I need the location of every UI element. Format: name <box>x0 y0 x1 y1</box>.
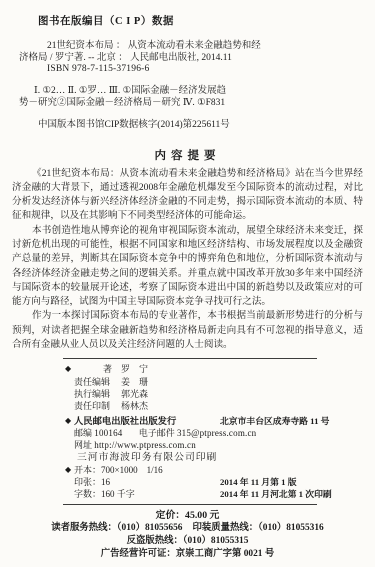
publisher-row: ◆人民邮电出版社出版发行 北京市丰台区成寿寺路 11 号 <box>65 415 375 427</box>
diamond-bullet-icon: ◆ <box>65 464 74 476</box>
impression-date: 2014 年 11 月河北第 1 次印刷 <box>220 488 332 500</box>
website-label: 网址 <box>74 440 92 450</box>
quality-hotline: 印装质量热线：（010）81055316 <box>193 523 324 533</box>
cip-entry: 21世纪资本布局 ： 从资本流动看未来金融趋势和经 济格局 / 罗宁著. -- … <box>19 41 375 76</box>
author-name: 罗 宁 <box>121 364 148 374</box>
colophon: ◆著罗 宁 责任编辑姜 珊 执行编辑郭光森 责任印制杨林杰 ◆人民邮电出版社出版… <box>65 363 375 500</box>
credit-value: 郭光森 <box>121 389 148 399</box>
cip-entry-line-1: 21世纪资本布局 ： 从资本流动看未来金融趋势和经 <box>19 41 375 53</box>
summary-body: 《21世纪资本布局：从资本流动看未来金融趋势和经济格局》站在当今世界经济金融的大… <box>12 167 363 353</box>
divider-line-bottom <box>63 504 317 505</box>
cip-record-number: 中国版本图书馆CIP数据核字(2014)第225611号 <box>19 119 375 131</box>
publisher-name: 人民邮电出版社出版发行 <box>74 417 176 427</box>
format-value: 开本：700×1000 1/16 <box>74 465 163 475</box>
credit-row: 责任编辑姜 珊 <box>65 376 375 388</box>
summary-paragraph: 作为一本探讨国际资本布局的专业著作，本书根据当前最新形势进行的分析与预判，对读者… <box>12 309 363 352</box>
email-label: 电子邮件 <box>139 428 175 438</box>
postcode-value: 100164 <box>94 428 122 438</box>
sheets-value: 印张：16 <box>74 477 110 487</box>
copyright-page: 图书在版编目（C I P）数据 21世纪资本布局 ： 从资本流动看未来金融趋势和… <box>0 0 375 567</box>
website-value: http://www.ptpress.com.cn <box>94 440 196 450</box>
email-value: 315@ptpress.com.cn <box>177 428 256 438</box>
format-row: ◆开本：700×1000 1/16 <box>65 464 375 476</box>
postcode-label: 邮编 <box>74 428 92 438</box>
isbn-line: ISBN 978-7-115-37196-6 <box>19 64 375 76</box>
website-row: 网址 http://www.ptpress.com.cn <box>65 439 375 451</box>
postcode-email-row: 邮编 100164 电子邮件 315@ptpress.com.cn <box>65 427 375 439</box>
cip-classification-line-1: Ⅰ. ①2… Ⅱ. ①罗… Ⅲ. ①国际金融－经济发展趋 <box>19 85 375 98</box>
credit-value: 杨林杰 <box>121 401 148 411</box>
footer-section: 定价：45.00 元 读者服务热线：（010）81055656印装质量热线：（0… <box>0 509 375 561</box>
diamond-bullet-icon: ◆ <box>65 363 74 375</box>
credit-label: 责任编辑 <box>74 376 112 388</box>
hotline-row: 读者服务热线：（010）81055656印装质量热线：（010）81055316 <box>0 522 375 535</box>
author-label: 著 <box>74 363 112 375</box>
credit-row: 执行编辑郭光森 <box>65 388 375 400</box>
credit-value: 姜 珊 <box>121 377 148 387</box>
divider-line-top <box>63 358 317 359</box>
wordcount-row: 字数：160 千字 2014 年 11 月河北第 1 次印刷 <box>65 488 375 500</box>
cip-header: 图书在版编目（C I P）数据 <box>19 16 375 28</box>
cip-classification-line-2: 势－研究②国际金融－经济格局－研究 Ⅳ. ①F831 <box>19 97 375 110</box>
summary-paragraph: 《21世纪资本布局：从资本流动看未来金融趋势和经济格局》站在当今世界经济金融的大… <box>12 167 363 224</box>
author-row: ◆著罗 宁 <box>65 363 375 375</box>
diamond-bullet-icon: ◆ <box>65 415 74 427</box>
wordcount-value: 字数：160 千字 <box>74 489 135 499</box>
cip-entry-line-2: 济格局 / 罗宁著. -- 北京 ： 人民邮电出版社, 2014.11 <box>19 53 375 65</box>
credit-row: 责任印制杨林杰 <box>65 400 375 412</box>
credit-label: 责任印制 <box>74 400 112 412</box>
ad-license: 广告经营许可证：京崇工商广字第 0021 号 <box>0 548 375 561</box>
cip-block: 图书在版编目（C I P）数据 21世纪资本布局 ： 从资本流动看未来金融趋势和… <box>19 16 375 131</box>
printer-row: 三河市海波印务有限公司印刷 <box>65 452 375 464</box>
summary-paragraph: 本书创造性地从博弈论的视角审视国际资本流动，展望全球经济未来变迁，探讨新危机出现… <box>12 224 363 310</box>
publisher-address: 北京市丰台区成寿寺路 11 号 <box>220 415 329 427</box>
cip-classification: Ⅰ. ①2… Ⅱ. ①罗… Ⅲ. ①国际金融－经济发展趋 势－研究②国际金融－经… <box>19 85 375 110</box>
reader-hotline: 读者服务热线：（010）81055656 <box>51 523 182 533</box>
summary-section: 内容提要 《21世纪资本布局：从资本流动看未来金融趋势和经济格局》站在当今世界经… <box>12 149 363 353</box>
price-line: 定价：45.00 元 <box>0 509 375 522</box>
credit-label: 执行编辑 <box>74 388 112 400</box>
sheets-row: 印张：16 2014 年 11 月第 1 版 <box>65 476 375 488</box>
summary-title: 内容提要 <box>12 149 363 163</box>
edition-date: 2014 年 11 月第 1 版 <box>220 476 297 488</box>
antipiracy-hotline: 反盗版热线：（010）81055315 <box>0 535 375 548</box>
